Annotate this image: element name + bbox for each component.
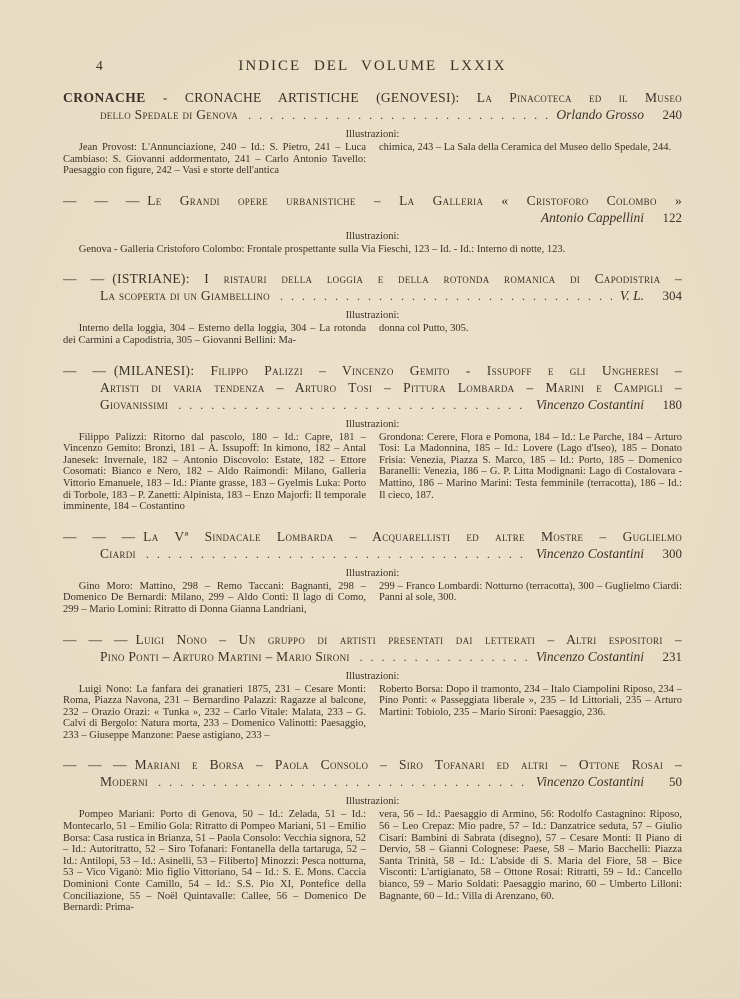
entry-author: V. L. (620, 287, 644, 304)
entry-dash-prefix: — — (63, 363, 106, 378)
index-entry: CRONACHE - CRONACHE ARTISTICHE (GENOVESI… (63, 89, 682, 177)
index-entry: — — —La Vª Sindacale Lombarda – Acquarel… (63, 528, 682, 616)
entry-heading-text: Pino Ponti – Arturo Martini – Mario Siro… (100, 648, 350, 665)
entry-page-ref: 240 (652, 106, 682, 123)
entry-heading-line: CRONACHE - CRONACHE ARTISTICHE (GENOVESI… (63, 89, 682, 106)
entry-heading-last-line: Ciardi . . . . . . . . . . . . . . . . .… (63, 545, 682, 563)
entry-author: Vincenzo Costantini (536, 648, 644, 665)
index-entries: CRONACHE - CRONACHE ARTISTICHE (GENOVESI… (63, 89, 682, 914)
illustrations-column-right: chimica, 243 – La Sala della Ceramica de… (379, 142, 682, 177)
leader-dots: . . . . . . . . . . . . . . . . . . . . … (248, 107, 548, 124)
illustrations-label: Illustrazioni: (63, 230, 682, 243)
entry-author: Vincenzo Costantini (536, 773, 644, 790)
illustrations-column-right: Roberto Borsa: Dopo il tramonto, 234 – I… (379, 684, 682, 742)
page-title: INDICE DEL VOLUME LXXIX (63, 56, 682, 76)
entry-heading-last-line: Antonio Cappellini 122 (63, 209, 682, 226)
page-header: 4 INDICE DEL VOLUME LXXIX (63, 56, 682, 76)
illustrations-label: Illustrazioni: (63, 670, 682, 683)
illustrations-full-width: Genova - Galleria Cristoforo Colombo: Fr… (63, 244, 682, 256)
entry-page-ref: 300 (652, 545, 682, 562)
illustrations-column-right: donna col Putto, 305. (379, 323, 682, 346)
illustrations-label: Illustrazioni: (63, 418, 682, 431)
entry-heading-text: Luigi Nono – Un gruppo di artisti presen… (136, 632, 683, 647)
index-entry: — —(MILANESI): Filippo Palizzi – Vincenz… (63, 362, 682, 513)
book-page: 4 INDICE DEL VOLUME LXXIX CRONACHE - CRO… (0, 0, 740, 999)
entry-heading-text: - CRONACHE ARTISTICHE (GENOVESI): La Pin… (146, 90, 682, 105)
illustrations-column-right: vera, 56 – Id.: Paesaggio di Armino, 56:… (379, 809, 682, 913)
entry-heading-line: — —(MILANESI): Filippo Palizzi – Vincenz… (63, 362, 682, 379)
entry-author: Vincenzo Costantini (536, 545, 644, 562)
illustrations-label: Illustrazioni: (63, 309, 682, 322)
entry-heading-line: Artisti di varia tendenza – Arturo Tosi … (63, 379, 682, 396)
entry-heading-text: (MILANESI): Filippo Palizzi – Vincenzo G… (114, 363, 682, 378)
leader-dots: . . . . . . . . . . . . . . . . . . . . … (360, 649, 528, 666)
entry-heading-text: Giovanissimi (100, 396, 168, 413)
illustrations-columns: Filippo Palizzi: Ritorno dal pascolo, 18… (63, 432, 682, 513)
index-entry: — — —Mariani e Borsa – Paola Consolo – S… (63, 756, 682, 913)
entry-heading-last-line: Giovanissimi . . . . . . . . . . . . . .… (63, 396, 682, 414)
entry-heading-line: — — —La Vª Sindacale Lombarda – Acquarel… (63, 528, 682, 545)
entry-heading-text: La scoperta di un Giambellino (100, 287, 270, 304)
entry-author: Orlando Grosso (556, 106, 644, 123)
index-entry: — — —Le Grandi opere urbanistiche – La G… (63, 192, 682, 256)
illustrations-column-left: Luigi Nono: La fanfara dei granatieri 18… (63, 684, 366, 742)
entry-heading-text: Moderni (100, 773, 148, 790)
illustrations-label: Illustrazioni: (63, 128, 682, 141)
illustrations-columns: Gino Moro: Mattino, 298 – Remo Taccani: … (63, 581, 682, 616)
illustrations-label: Illustrazioni: (63, 795, 682, 808)
index-entry: — —(ISTRIANE): I ristauri della loggia e… (63, 270, 682, 346)
entry-heading-last-line: La scoperta di un Giambellino . . . . . … (63, 287, 682, 305)
illustrations-column-left: Interno della loggia, 304 – Esterno dell… (63, 323, 366, 346)
entry-heading-text: dello Spedale di Genova (100, 106, 238, 123)
illustrations-label: Illustrazioni: (63, 567, 682, 580)
entry-heading-text: Ciardi (100, 545, 136, 562)
page-number: 4 (96, 58, 103, 74)
entry-dash-prefix: — — — (63, 193, 139, 208)
entry-dash-prefix: — — — (63, 529, 135, 544)
illustrations-column-right: Grondona: Cerere, Flora e Pomona, 184 – … (379, 432, 682, 513)
illustrations-column-right: 299 – Franco Lombardi: Notturno (terraco… (379, 581, 682, 616)
illustrations-column-left: Gino Moro: Mattino, 298 – Remo Taccani: … (63, 581, 366, 616)
illustrations-column-left: Pompeo Mariani: Porto di Genova, 50 – Id… (63, 809, 366, 913)
illustrations-columns: Interno della loggia, 304 – Esterno dell… (63, 323, 682, 346)
entry-page-ref: 50 (652, 773, 682, 790)
entry-author: Antonio Cappellini (541, 209, 644, 226)
leader-dots: . . . . . . . . . . . . . . . . . . . . … (146, 546, 528, 563)
illustrations-columns: Pompeo Mariani: Porto di Genova, 50 – Id… (63, 809, 682, 913)
illustrations-columns: Jean Provost: L'Annunciazione, 240 – Id.… (63, 142, 682, 177)
entry-heading-line: — — —Luigi Nono – Un gruppo di artisti p… (63, 631, 682, 648)
illustrations-columns: Luigi Nono: La fanfara dei granatieri 18… (63, 684, 682, 742)
entry-dash-prefix: — — — (63, 632, 128, 647)
entry-heading-text: (ISTRIANE): I ristauri della loggia e de… (112, 271, 682, 286)
entry-heading-text: Le Grandi opere urbanistiche – La Galler… (147, 193, 682, 208)
entry-heading-line: — — —Le Grandi opere urbanistiche – La G… (63, 192, 682, 209)
entry-dash-prefix: — — — (63, 757, 127, 772)
entry-heading-text: Mariani e Borsa – Paola Consolo – Siro T… (135, 757, 682, 772)
entry-heading-line: — — —Mariani e Borsa – Paola Consolo – S… (63, 756, 682, 773)
entry-page-ref: 122 (652, 209, 682, 226)
illustrations-column-left: Filippo Palizzi: Ritorno dal pascolo, 18… (63, 432, 366, 513)
entry-author: Vincenzo Costantini (536, 396, 644, 413)
leader-dots: . . . . . . . . . . . . . . . . . . . . … (158, 774, 528, 791)
entry-page-ref: 304 (652, 287, 682, 304)
illustrations-column-left: Jean Provost: L'Annunciazione, 240 – Id.… (63, 142, 366, 177)
entry-page-ref: 180 (652, 396, 682, 413)
entry-heading-line: — —(ISTRIANE): I ristauri della loggia e… (63, 270, 682, 287)
entry-page-ref: 231 (652, 648, 682, 665)
leader-dots: . . . . . . . . . . . . . . . . . . . . … (178, 397, 528, 414)
leader-dots: . . . . . . . . . . . . . . . . . . . . … (280, 288, 612, 305)
entry-lead-word: CRONACHE (63, 90, 146, 105)
entry-heading-last-line: Moderni . . . . . . . . . . . . . . . . … (63, 773, 682, 791)
entry-heading-last-line: Pino Ponti – Arturo Martini – Mario Siro… (63, 648, 682, 666)
entry-heading-text: La Vª Sindacale Lombarda – Acquarellisti… (143, 529, 682, 544)
entry-dash-prefix: — — (63, 271, 104, 286)
entry-heading-last-line: dello Spedale di Genova . . . . . . . . … (63, 106, 682, 124)
index-entry: — — —Luigi Nono – Un gruppo di artisti p… (63, 631, 682, 742)
